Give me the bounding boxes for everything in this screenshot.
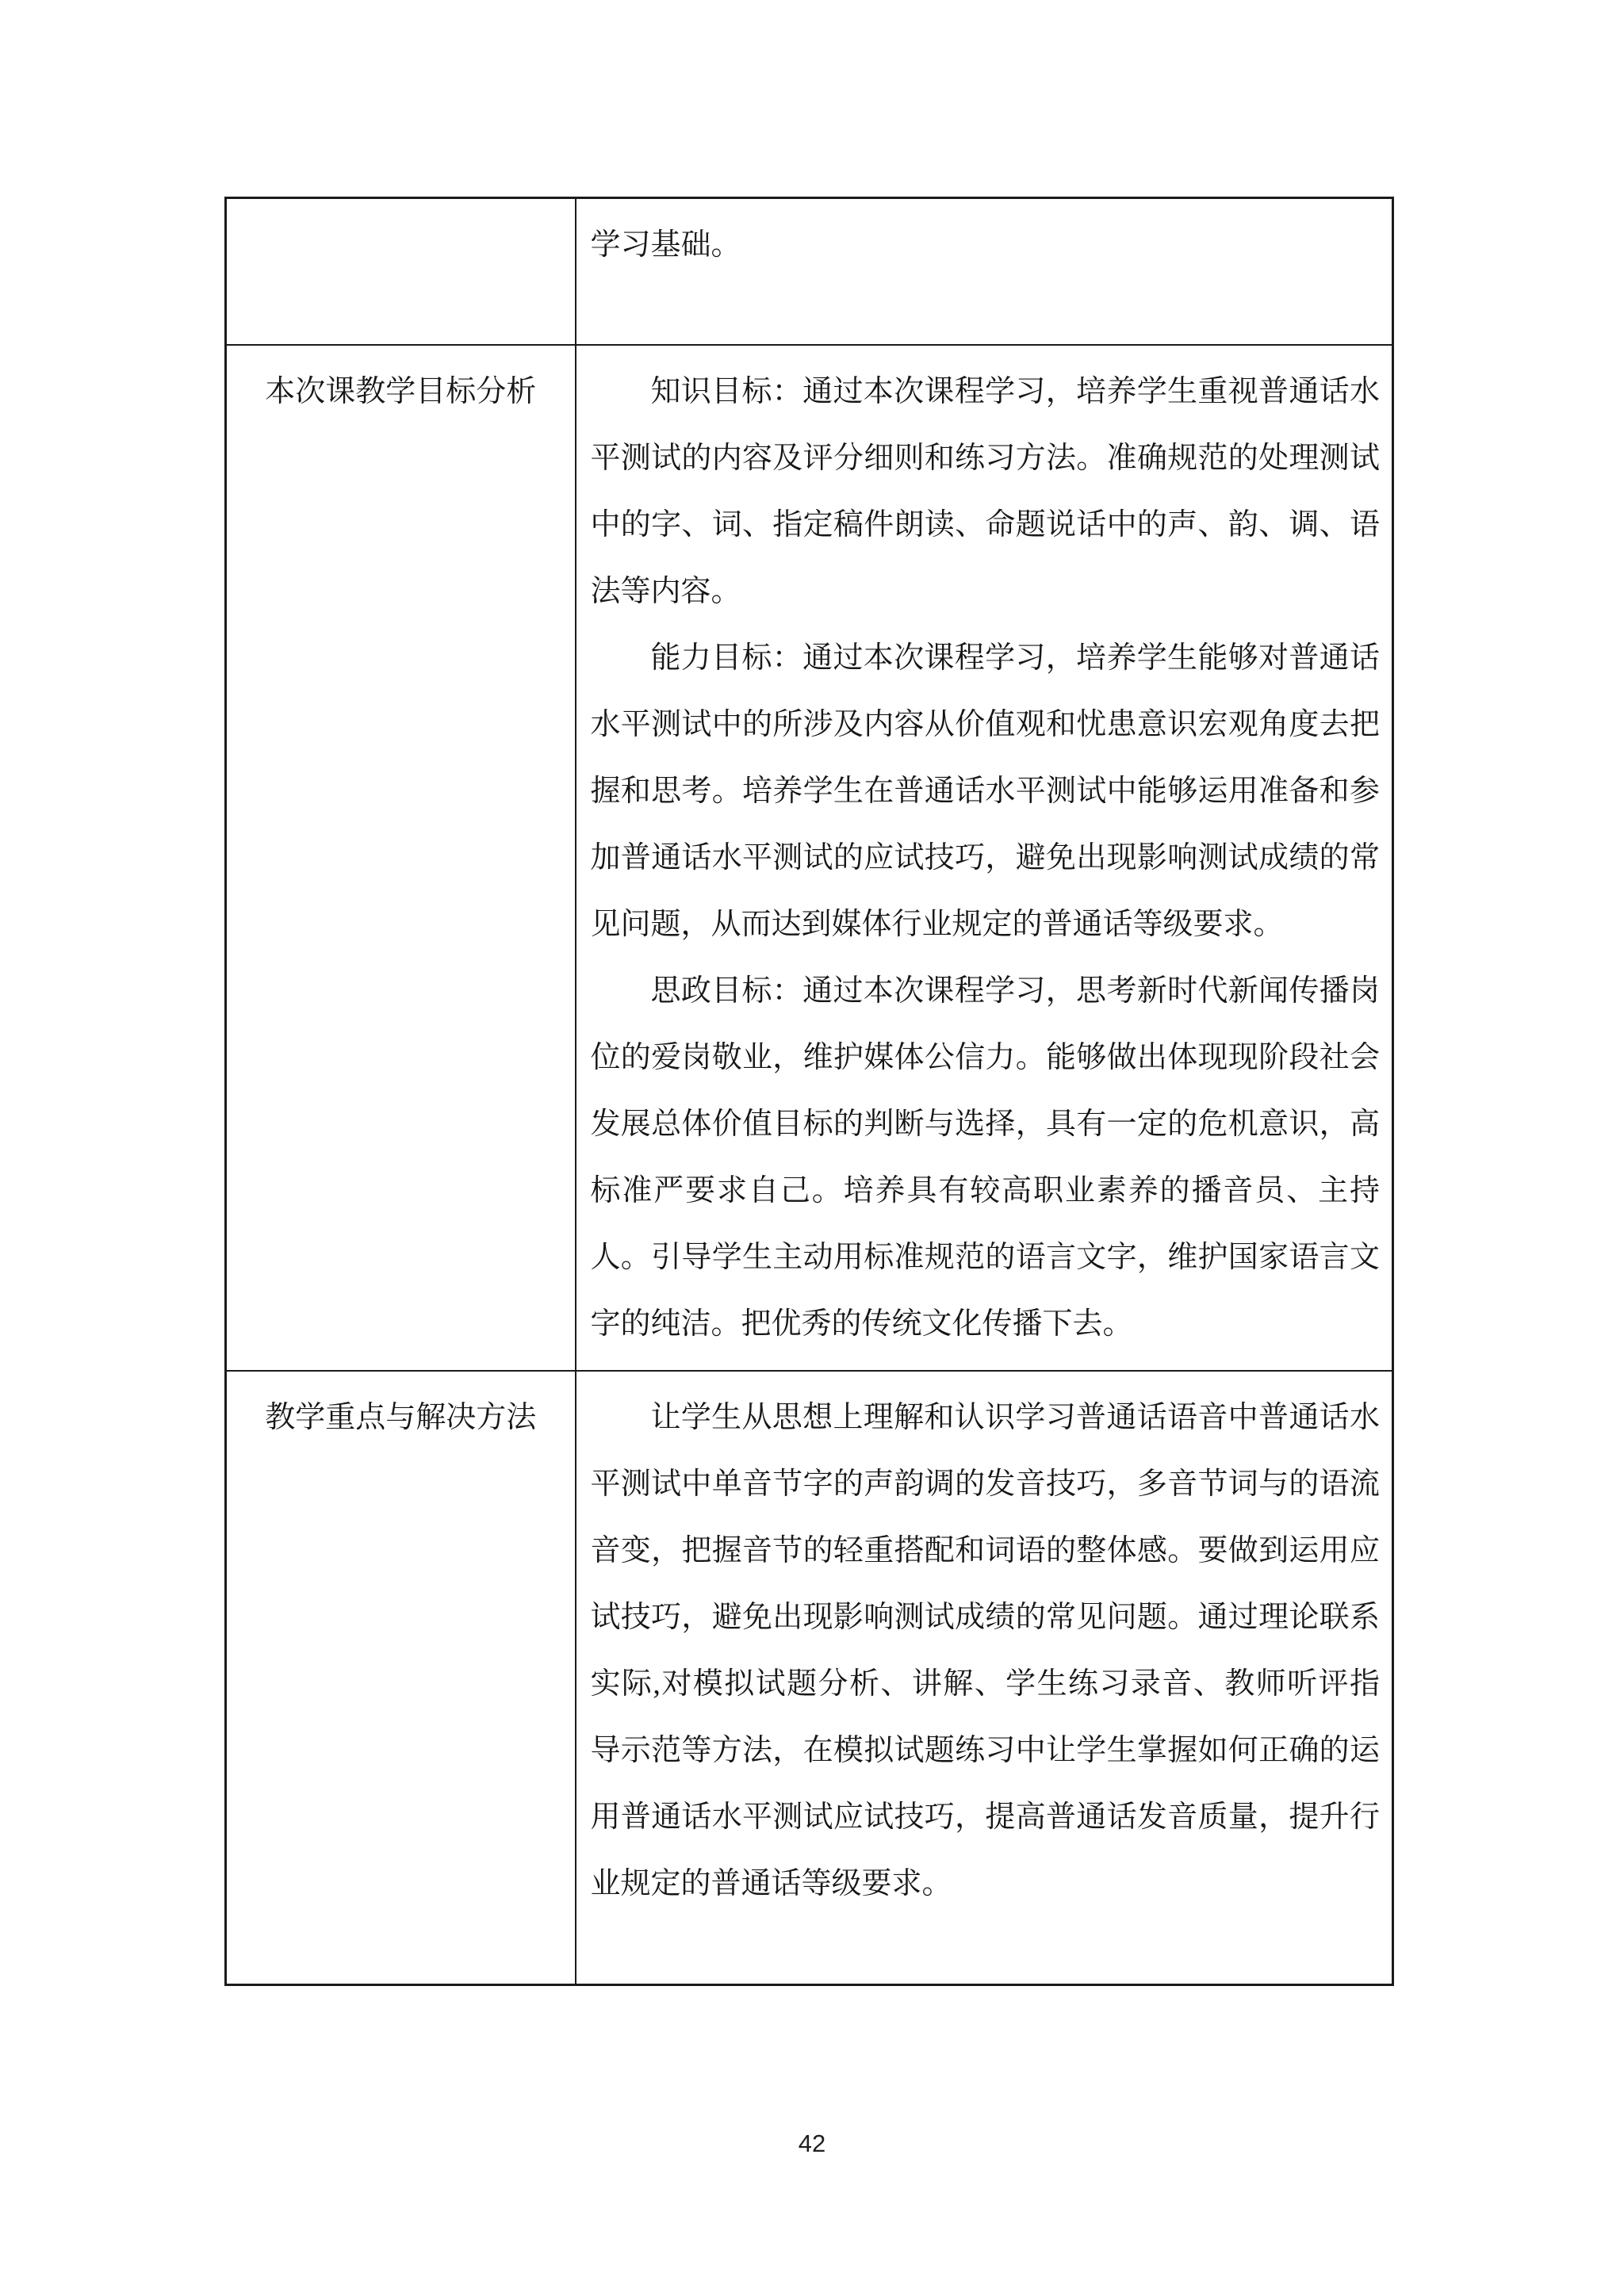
table-row: 教学重点与解决方法让学生从思想上理解和认识学习普通话语音中普通话水平测试中单音节… (226, 1371, 1393, 1985)
content-paragraph: 能力目标：通过本次课程学习，培养学生能够对普通话水平测试中的所涉及内容从价值观和… (591, 625, 1381, 958)
lesson-plan-table: 学习基础。本次课教学目标分析知识目标：通过本次课程学习，培养学生重视普通话水平测… (224, 197, 1394, 1986)
content-paragraph: 让学生从思想上理解和认识学习普通话语音中普通话水平测试中单音节字的声韵调的发音技… (591, 1384, 1381, 1917)
content-paragraph: 学习基础。 (591, 212, 1381, 278)
row-content-cell: 知识目标：通过本次课程学习，培养学生重视普通话水平测试的内容及评分细则和练习方法… (576, 345, 1393, 1371)
row-label: 教学重点与解决方法 (233, 1384, 569, 1451)
row-content-cell: 学习基础。 (576, 198, 1393, 345)
table-row: 本次课教学目标分析知识目标：通过本次课程学习，培养学生重视普通话水平测试的内容及… (226, 345, 1393, 1371)
row-label-cell: 本次课教学目标分析 (226, 345, 576, 1371)
lesson-plan-table-body: 学习基础。本次课教学目标分析知识目标：通过本次课程学习，培养学生重视普通话水平测… (226, 198, 1393, 1985)
content-paragraph: 知识目标：通过本次课程学习，培养学生重视普通话水平测试的内容及评分细则和练习方法… (591, 358, 1381, 625)
document-page: 学习基础。本次课教学目标分析知识目标：通过本次课程学习，培养学生重视普通话水平测… (0, 0, 1624, 2296)
row-label-cell: 教学重点与解决方法 (226, 1371, 576, 1985)
page-number: 42 (0, 2130, 1624, 2158)
row-label-cell (226, 198, 576, 345)
row-label: 本次课教学目标分析 (233, 358, 569, 425)
row-content-cell: 让学生从思想上理解和认识学习普通话语音中普通话水平测试中单音节字的声韵调的发音技… (576, 1371, 1393, 1985)
content-paragraph: 思政目标：通过本次课程学习，思考新时代新闻传播岗位的爱岗敬业，维护媒体公信力。能… (591, 958, 1381, 1357)
table-row: 学习基础。 (226, 198, 1393, 345)
